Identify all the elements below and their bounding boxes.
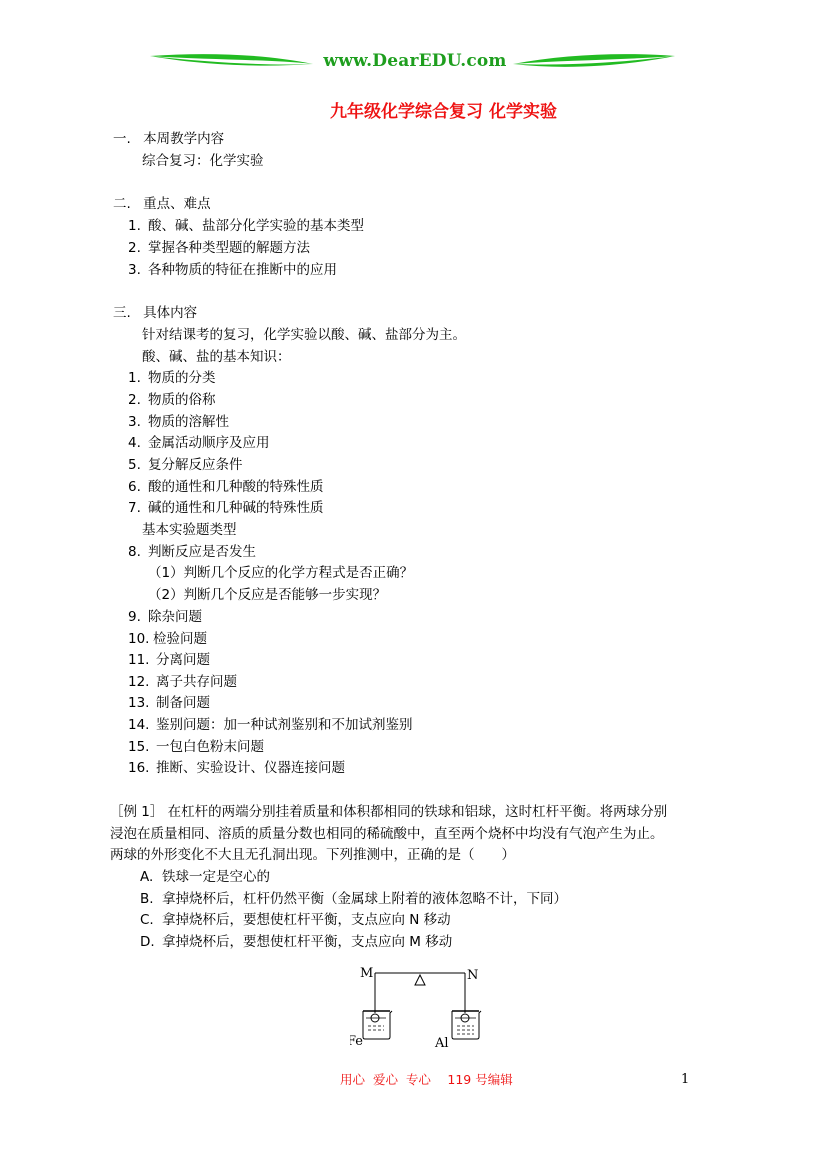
list-item: 1.酸、碱、盐部分化学实验的基本类型: [128, 217, 364, 235]
page-number: 1: [681, 1071, 689, 1089]
section-1-heading: 一. 本周教学内容: [113, 130, 224, 148]
list-item: 11.分离问题: [128, 651, 210, 669]
basics-label: 酸、碱、盐的基本知识：: [142, 348, 291, 366]
list-item: 6.酸的通性和几种酸的特殊性质: [128, 478, 324, 496]
list-item: 2.物质的俗称: [128, 391, 216, 409]
list-item: 14.鉴别问题：加一种试剂鉴别和不加试剂鉴别: [128, 716, 413, 734]
label-m: M: [360, 966, 373, 981]
section-1-body: 综合复习：化学实验: [142, 152, 264, 170]
section-3-intro: 针对结课考的复习，化学实验以酸、碱、盐部分为主。: [142, 326, 466, 344]
brand-logo-text: www.DearEDU.com: [315, 51, 515, 71]
example-text-line: ［例 1］ 在杠杆的两端分别挂着质量和体积都相同的铁球和铝球，这时杠杆平衡。将两…: [110, 803, 667, 821]
lever-balance-diagram: M N Fe Al: [350, 965, 490, 1060]
section-title: 重点、难点: [143, 196, 211, 212]
list-item: 3.各种物质的特征在推断中的应用: [128, 261, 337, 279]
section-title: 具体内容: [143, 305, 197, 321]
list-item: 3.物质的溶解性: [128, 413, 229, 431]
list-item: 8.判断反应是否发生: [128, 543, 256, 561]
list-item: 16.推断、实验设计、仪器连接问题: [128, 759, 345, 777]
list-item: 4.金属活动顺序及应用: [128, 434, 270, 452]
list-item: 5.复分解反应条件: [128, 456, 243, 474]
section-number: 三.: [113, 305, 131, 321]
section-number: 一.: [113, 131, 131, 147]
fulcrum-icon: [415, 975, 425, 985]
answer-option-c: C.拿掉烧杯后，要想使杠杆平衡，支点应向 N 移动: [140, 911, 451, 929]
answer-option-a: A.铁球一定是空心的: [140, 868, 270, 886]
section-2-heading: 二. 重点、难点: [113, 195, 211, 213]
sub-list-item: （2）判断几个反应是否能够一步实现？: [148, 586, 386, 604]
example-text-line: 两球的外形变化不大且无孔洞出现。下列推测中，正确的是（ ）: [110, 846, 515, 864]
types-label: 基本实验题类型: [142, 521, 237, 539]
list-item: 7.碱的通性和几种碱的特殊性质: [128, 499, 324, 517]
sub-list-item: （1）判断几个反应的化学方程式是否正确？: [148, 564, 413, 582]
footer-slogan: 用心 爱心 专心 119 号编辑: [340, 1071, 513, 1089]
section-number: 二.: [113, 196, 131, 212]
label-n: N: [467, 968, 478, 983]
list-item: 12.离子共存问题: [128, 673, 237, 691]
list-item: 15.一包白色粉末问题: [128, 738, 264, 756]
label-al: Al: [434, 1036, 449, 1051]
list-item: 1.物质的分类: [128, 369, 216, 387]
site-header-banner: www.DearEDU.com: [145, 50, 680, 80]
answer-option-d: D.拿掉烧杯后，要想使杠杆平衡，支点应向 M 移动: [140, 933, 452, 951]
list-item: 13.制备问题: [128, 694, 210, 712]
section-title: 本周教学内容: [143, 131, 224, 147]
list-item: 2.掌握各种类型题的解题方法: [128, 239, 310, 257]
list-item: 10.检验问题: [128, 630, 207, 648]
list-item: 9.除杂问题: [128, 608, 202, 626]
answer-option-b: B.拿掉烧杯后，杠杆仍然平衡（金属球上附着的液体忽略不计，下同）: [140, 890, 567, 908]
label-fe: Fe: [350, 1034, 363, 1049]
document-title: 九年级化学综合复习 化学实验: [0, 97, 827, 122]
section-3-heading: 三. 具体内容: [113, 304, 197, 322]
example-text-line: 浸泡在质量相同、溶质的质量分数也相同的稀硫酸中，直至两个烧杯中均没有气泡产生为止…: [110, 825, 664, 843]
